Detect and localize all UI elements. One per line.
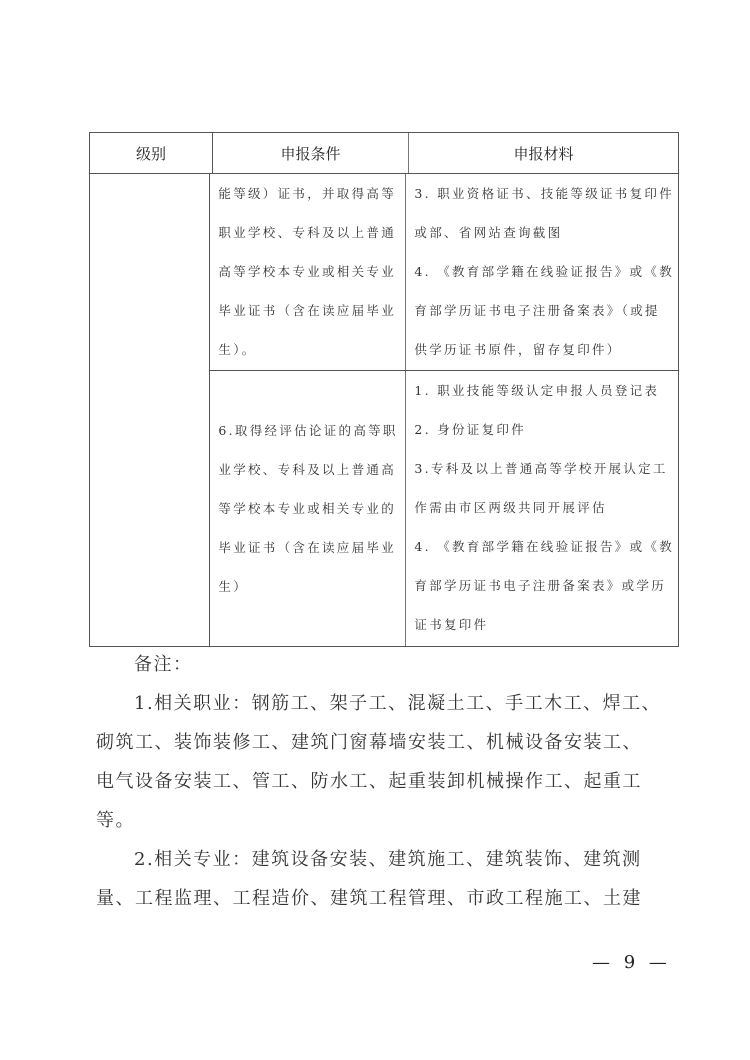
page-number: — 9 — [592, 952, 671, 973]
table-header: 级别 申报条件 申报材料 [90, 133, 678, 174]
table-row: 6.取得经评估论证的高等职 业学校、专科及以上普通高 等学校本专业或相关专业的 … [210, 371, 678, 646]
header-conditions: 申报条件 [213, 133, 409, 173]
note-line: 电气设备安装工、管工、防水工、起重装卸机械操作工、起重工 [96, 762, 686, 801]
note-line: 2.相关专业：建筑设备安装、建筑施工、建筑装饰、建筑测 [96, 840, 686, 879]
header-level: 级别 [90, 133, 213, 173]
table-row: 能等级）证书，并取得高等 职业学校、专科及以上普通 高等学校本专业或相关专业 毕… [210, 174, 678, 371]
header-materials: 申报材料 [409, 133, 678, 173]
conditions-cell: 能等级）证书，并取得高等 职业学校、专科及以上普通 高等学校本专业或相关专业 毕… [210, 174, 406, 370]
conditions-cell: 6.取得经评估论证的高等职 业学校、专科及以上普通高 等学校本专业或相关专业的 … [210, 371, 406, 646]
note-line: 1.相关职业：钢筋工、架子工、混凝土工、手工木工、焊工、 [96, 684, 686, 723]
notes-section: 备注： 1.相关职业：钢筋工、架子工、混凝土工、手工木工、焊工、 砌筑工、装饰装… [96, 645, 686, 918]
level-cell [90, 174, 210, 646]
notes-title: 备注： [96, 645, 686, 684]
note-line: 砌筑工、装饰装修工、建筑门窗幕墙安装工、机械设备安装工、 [96, 723, 686, 762]
requirements-table: 级别 申报条件 申报材料 能等级）证书，并取得高等 职业学校、专科及以上普通 高… [89, 132, 679, 647]
materials-cell: 3. 职业资格证书、技能等级证书复印件 或部、省网站查询截图 4. 《教育部学籍… [406, 174, 678, 370]
note-line: 量、工程监理、工程造价、建筑工程管理、市政工程施工、土建 [96, 879, 686, 918]
note-line: 等。 [96, 801, 686, 840]
materials-cell: 1. 职业技能等级认定申报人员登记表 2. 身份证复印件 3.专科及以上普通高等… [406, 371, 678, 646]
